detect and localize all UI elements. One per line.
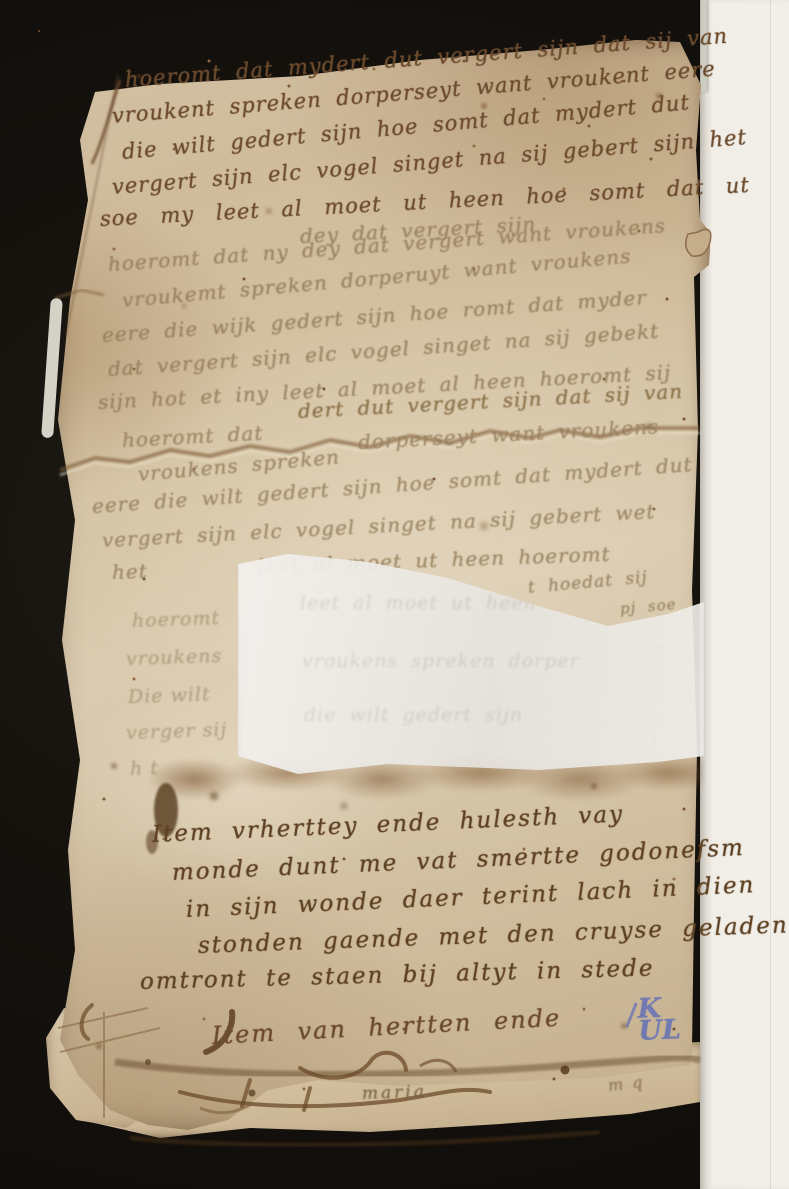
stain-blotches xyxy=(38,30,40,32)
library-stamp: K UL xyxy=(637,997,681,1043)
text-line: verger sij xyxy=(126,718,228,744)
edge-inscription-right: m q xyxy=(607,1072,645,1095)
ghost-text-line: die wilt gedert sijn xyxy=(304,704,523,726)
text-line: vroukens xyxy=(126,645,223,670)
edge-inscription-maria: maria xyxy=(362,1082,428,1104)
manuscript-photo: hoeromt dat mydert dut vergert sijn dat … xyxy=(0,0,789,1189)
text-line: h t xyxy=(130,757,160,780)
ghost-text-line: vroukens spreken dorper xyxy=(302,650,580,672)
text-line: het xyxy=(112,559,149,584)
text-line: Die wilt xyxy=(128,683,211,708)
stamp-line-bottom: UL xyxy=(638,1019,681,1043)
text-line: hoeromt xyxy=(132,607,221,632)
